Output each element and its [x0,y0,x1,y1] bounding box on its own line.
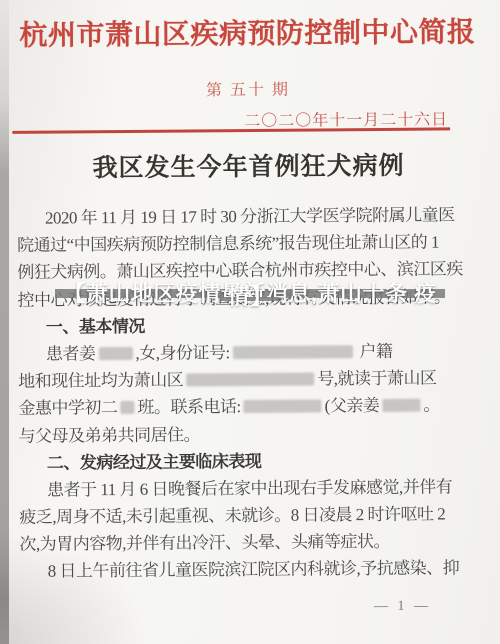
body-line: 院通过“中国疾病预防控制信息系统”报告现住址萧山区的 1 [17,228,495,259]
body-line: 与父母及弟弟共同居住。 [19,419,497,450]
redaction-blur [233,345,353,359]
body-line: 2020 年 11 月 19 日 17 时 30 分浙江大学医学院附属儿童医 [17,201,495,232]
masthead-rule [12,127,450,133]
body-line: 金惠中学初二班。联系电话:(父亲姜。 [18,391,496,422]
redaction-blur [382,399,420,412]
section-heading: 二、发病经过及主要临床表现 [19,446,497,477]
document-body: 2020 年 11 月 19 日 17 时 30 分浙江大学医学院附属儿童医院通… [17,201,498,585]
redaction-blur [186,373,314,387]
section-heading: 一、基本情况 [18,310,496,341]
body-line: 地和现住址均为萧山区号,就读于萧山区 [18,364,496,395]
redaction-blur [98,347,132,360]
document-photo: 杭州市萧山区疾病预防控制中心简报 第 五十 期 二〇二〇年十一月二十六日 我区发… [0,0,500,644]
subtitle-overlay: 【萧山地区疫情最新消息,萧山十条 疫 情】 [0,289,500,301]
issue-number: 第 五十 期 [0,75,498,102]
body-line: 次,为胃内容物,并伴有出冷汗、头晕、头痛等症状。 [19,527,497,558]
body-line: 疲乏,周身不适,未引起重视、未就诊。8 日凌晨 2 时许呕吐 2 [19,500,497,531]
bulletin-page: 杭州市萧山区疾病预防控制中心简报 第 五十 期 二〇二〇年十一月二十六日 我区发… [0,0,500,644]
article-title: 我区发生今年首例狂犬病例 [0,145,499,185]
redaction-blur [244,400,322,414]
body-line: 患者姜,女,身份证号: 户籍 [18,337,496,368]
redaction-blur [120,401,134,414]
page-number: — 1 — [374,599,431,615]
body-line: 8 日上午前往省儿童医院滨江院区内科就诊,予抗感染、抑 [20,554,498,585]
subtitle-line-2: 情】 [221,297,278,301]
body-line: 患者于 11 月 6 日晚餐后在家中出现右手发麻感觉,并伴有 [19,473,497,504]
masthead-title: 杭州市萧山区疾病预防控制中心简报 [0,10,498,54]
